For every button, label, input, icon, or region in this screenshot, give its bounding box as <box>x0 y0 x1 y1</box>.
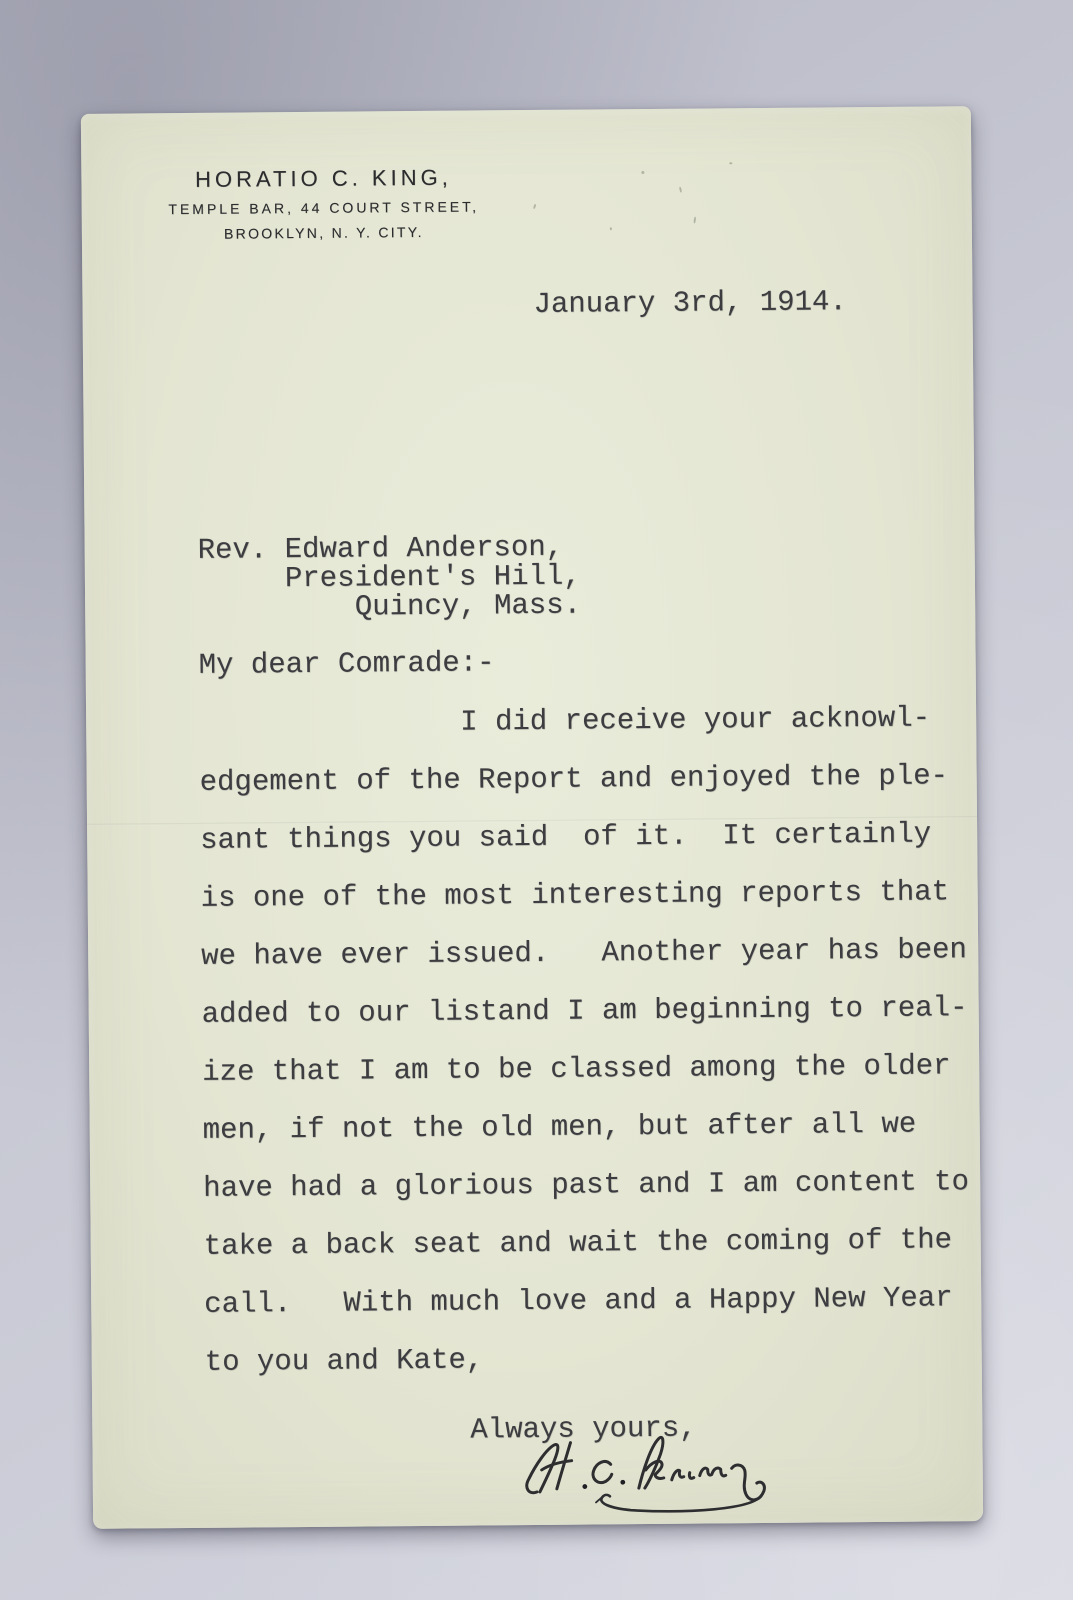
recipient-block: Rev. Edward Anderson, President's Hill, … <box>198 533 582 623</box>
pencil-speck <box>641 171 644 174</box>
pencil-speck <box>610 227 612 230</box>
pencil-speck <box>533 204 536 209</box>
pencil-speck <box>729 162 732 164</box>
pencil-speck <box>693 216 696 223</box>
letterhead-address-line2: BROOKLYN, N. Y. CITY. <box>124 222 524 243</box>
signature <box>492 1416 793 1519</box>
photo-backdrop: { "photo": { "backdrop_color": "#c7c8d3"… <box>0 0 1073 1600</box>
date-line: January 3rd, 1914. <box>533 285 847 321</box>
letterhead-address-line1: TEMPLE BAR, 44 COURT STREET, <box>124 197 524 218</box>
pencil-speck <box>679 187 682 193</box>
salutation: My dear Comrade:- <box>199 646 495 682</box>
signature-handwriting <box>492 1416 793 1519</box>
letterhead-name: HORATIO C. KING, <box>123 164 523 193</box>
letter-body: I did receive your acknowl- edgement of … <box>199 689 971 1392</box>
letterhead: HORATIO C. KING, TEMPLE BAR, 44 COURT ST… <box>123 164 524 250</box>
letter-paper: HORATIO C. KING, TEMPLE BAR, 44 COURT ST… <box>81 106 983 1529</box>
